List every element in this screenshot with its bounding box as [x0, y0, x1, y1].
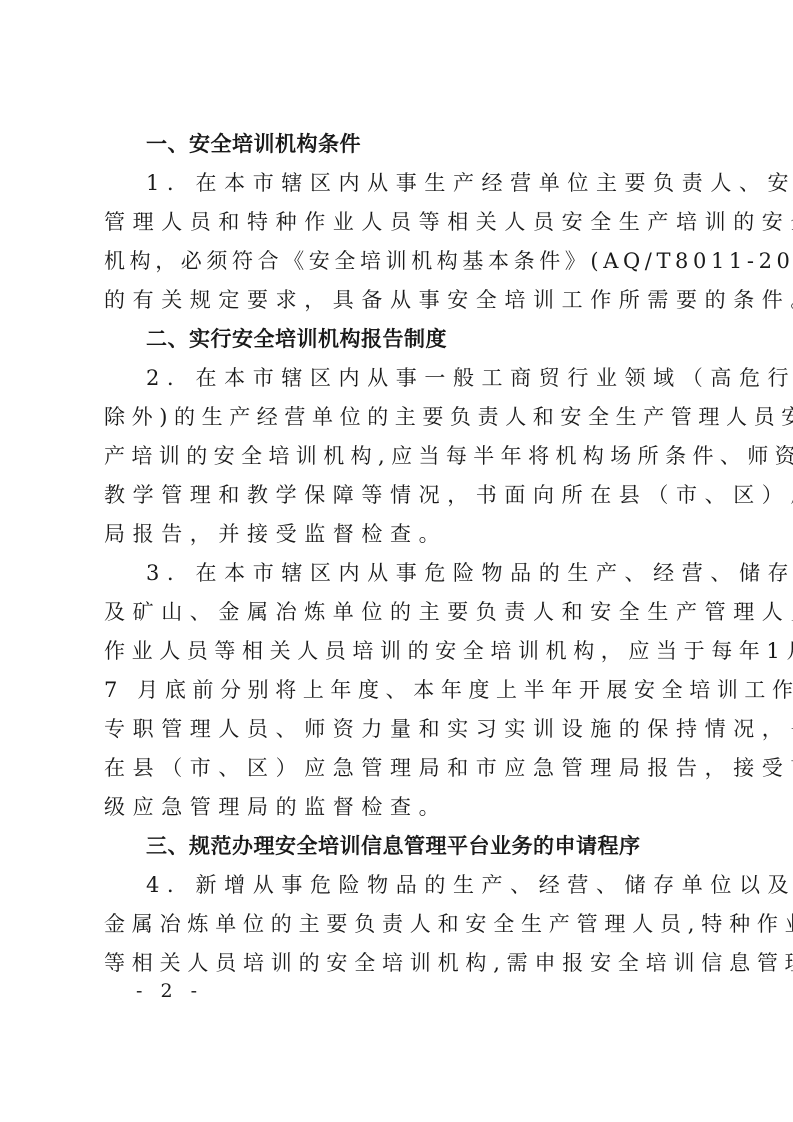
paragraph-4-line-1: 4．新增从事危险物品的生产、经营、储存单位以及矿山、 — [146, 870, 736, 900]
paragraph-4-line-2: 金属冶炼单位的主要负责人和安全生产管理人员,特种作业人员 — [104, 909, 694, 939]
paragraph-1-line-1: 1．在本市辖区内从事生产经营单位主要负责人、安全生产 — [146, 168, 736, 198]
paragraph-2-line-5: 局报告，并接受监督检查。 — [104, 519, 694, 549]
section-heading-2: 二、实行安全培训机构报告制度 — [146, 324, 736, 354]
paragraph-2-line-2: 除外)的生产经营单位的主要负责人和安全生产管理人员安全生 — [104, 402, 694, 432]
paragraph-1-line-4: 的有关规定要求，具备从事安全培训工作所需要的条件。 — [104, 285, 694, 315]
paragraph-2-line-4: 教学管理和教学保障等情况，书面向所在县（市、区）应急管理 — [104, 480, 694, 510]
paragraph-4-line-3: 等相关人员培训的安全培训机构,需申报安全培训信息管理平台 — [104, 948, 694, 978]
paragraph-1-line-2: 管理人员和特种作业人员等相关人员安全生产培训的安全培训 — [104, 207, 694, 237]
paragraph-3-line-3: 作业人员等相关人员培训的安全培训机构，应当于每年1月底前、 — [104, 636, 694, 666]
page-number: - 2 - — [136, 980, 203, 1002]
paragraph-3-line-4: 7 月底前分别将上年度、本年度上半年开展安全培训工作情况、 — [104, 675, 694, 705]
paragraph-2-line-3: 产培训的安全培训机构,应当每半年将机构场所条件、师资力量、 — [104, 441, 694, 471]
section-heading-3: 三、规范办理安全培训信息管理平台业务的申请程序 — [146, 831, 736, 861]
paragraph-3-line-2: 及矿山、金属冶炼单位的主要负责人和安全生产管理人员，特种 — [104, 597, 694, 627]
paragraph-3-line-7: 级应急管理局的监督检查。 — [104, 792, 694, 822]
paragraph-3-line-6: 在县（市、区）应急管理局和市应急管理局报告，接受市、县两 — [104, 753, 694, 783]
section-heading-1: 一、安全培训机构条件 — [146, 129, 736, 159]
paragraph-3-line-1: 3．在本市辖区内从事危险物品的生产、经营、储存单位以 — [146, 558, 736, 588]
paragraph-2-line-1: 2．在本市辖区内从事一般工商贸行业领域（高危行业领域 — [146, 363, 736, 393]
paragraph-1-line-3: 机构，必须符合《安全培训机构基本条件》(AQ/T8011-2016) — [104, 246, 694, 276]
paragraph-3-line-5: 专职管理人员、师资力量和实习实训设施的保持情况，书面向所 — [104, 714, 694, 744]
document-page: 一、安全培训机构条件 1．在本市辖区内从事生产经营单位主要负责人、安全生产 管理… — [0, 0, 793, 1122]
